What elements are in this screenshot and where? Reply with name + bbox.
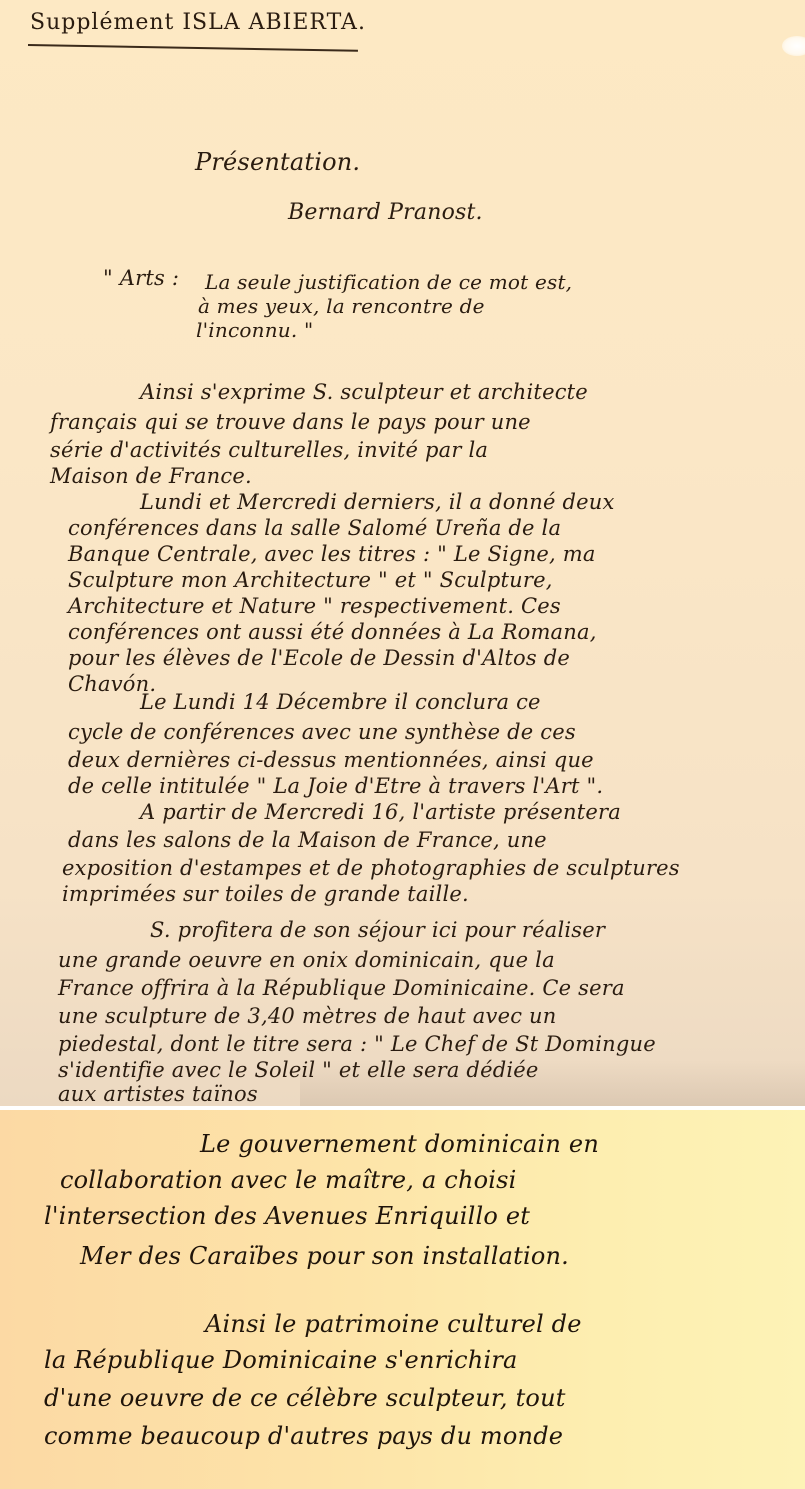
paragraph-line: série d'activités culturelles, invité pa…	[50, 438, 488, 462]
document-heading: Présentation.	[195, 148, 360, 176]
continuation-line: Mer des Caraïbes pour son installation.	[80, 1242, 569, 1270]
quote-line: La seule justification de ce mot est,	[205, 270, 572, 294]
continuation-line: Le gouvernement dominicain en	[200, 1130, 599, 1158]
photo-glare	[782, 36, 805, 56]
continuation-line: Ainsi le patrimoine culturel de	[205, 1310, 582, 1338]
document-header: Supplément ISLA ABIERTA.	[30, 10, 366, 35]
paragraph-line: piedestal, dont le titre sera : " Le Che…	[58, 1032, 656, 1056]
continuation-line: comme beaucoup d'autres pays du monde	[44, 1422, 563, 1450]
paragraph-line: deux dernières ci-dessus mentionnées, ai…	[68, 748, 594, 772]
paragraph-line: cycle de conférences avec une synthèse d…	[68, 720, 576, 744]
paragraph-line: S. profitera de son séjour ici pour réal…	[150, 918, 605, 942]
paragraph-line: Architecture et Nature " respectivement.…	[68, 594, 561, 618]
author-name: Bernard Pranost.	[288, 200, 483, 225]
paragraph-line: aux artistes taïnos	[58, 1082, 258, 1106]
paragraph-line: Maison de France.	[50, 464, 252, 488]
quote-label: " Arts :	[103, 266, 179, 290]
paragraph-line: une sculpture de 3,40 mètres de haut ave…	[58, 1004, 557, 1028]
paragraph-line: Sculpture mon Architecture " et " Sculpt…	[68, 568, 553, 592]
paragraph-line: pour les élèves de l'Ecole de Dessin d'A…	[68, 646, 570, 670]
paragraph-line: conférences ont aussi été données à La R…	[68, 620, 597, 644]
paragraph-line: s'identifie avec le Soleil " et elle ser…	[58, 1058, 539, 1082]
paragraph-line: dans les salons de la Maison de France, …	[68, 828, 547, 852]
paragraph-line: Banque Centrale, avec les titres : " Le …	[68, 542, 596, 566]
continuation-line: la République Dominicaine s'enrichira	[44, 1346, 518, 1374]
paragraph-line: de celle intitulée " La Joie d'Etre à tr…	[68, 774, 603, 798]
paragraph-line: conférences dans la salle Salomé Ureña d…	[68, 516, 561, 540]
quote-line: à mes yeux, la rencontre de	[198, 294, 485, 318]
paragraph-line: français qui se trouve dans le pays pour…	[50, 410, 531, 434]
paragraph-line: une grande oeuvre en onix dominicain, qu…	[58, 948, 555, 972]
paragraph-line: France offrira à la République Dominicai…	[58, 976, 625, 1000]
paragraph-line: exposition d'estampes et de photographie…	[62, 856, 680, 880]
continuation-line: l'intersection des Avenues Enriquillo et	[44, 1202, 530, 1230]
paragraph-line: Ainsi s'exprime S. sculpteur et architec…	[140, 380, 588, 404]
paragraph-line: imprimées sur toiles de grande taille.	[62, 882, 469, 906]
paragraph-line: Le Lundi 14 Décembre il conclura ce	[140, 690, 541, 714]
paragraph-line: Lundi et Mercredi derniers, il a donné d…	[140, 490, 615, 514]
quote-line: l'inconnu. "	[196, 318, 313, 342]
continuation-line: d'une oeuvre de ce célèbre sculpteur, to…	[44, 1384, 566, 1412]
paragraph-line: A partir de Mercredi 16, l'artiste prése…	[140, 800, 621, 824]
continuation-line: collaboration avec le maître, a choisi	[60, 1166, 517, 1194]
